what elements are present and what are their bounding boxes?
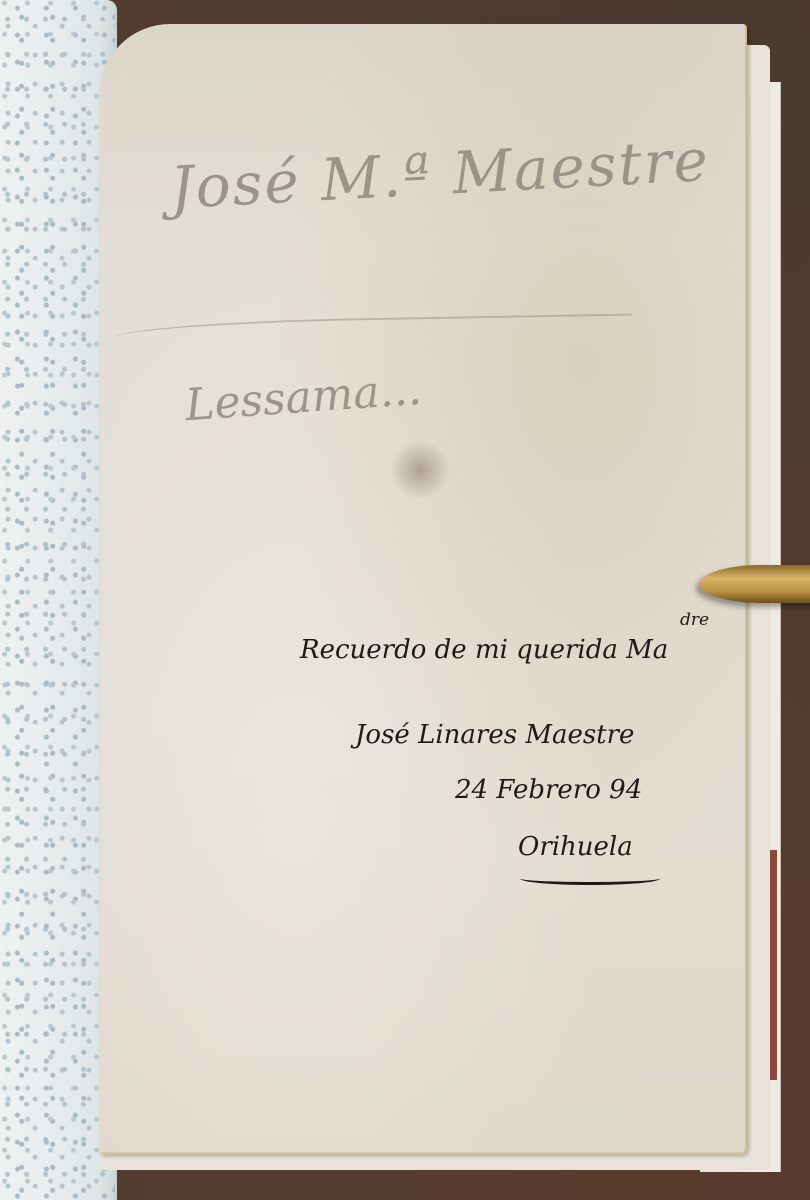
pen-pointer-icon — [700, 565, 810, 603]
dedication-line-2: José Linares Maestre — [355, 720, 634, 750]
dedication-place: Orihuela — [518, 832, 633, 862]
dedication-line-1: Recuerdo de mi querida Ma — [300, 635, 668, 665]
foxing-stain — [385, 440, 455, 500]
dedication-date: 24 Febrero 94 — [455, 775, 642, 805]
place-underline — [520, 872, 660, 885]
dedication-superscript: dre — [680, 610, 709, 630]
